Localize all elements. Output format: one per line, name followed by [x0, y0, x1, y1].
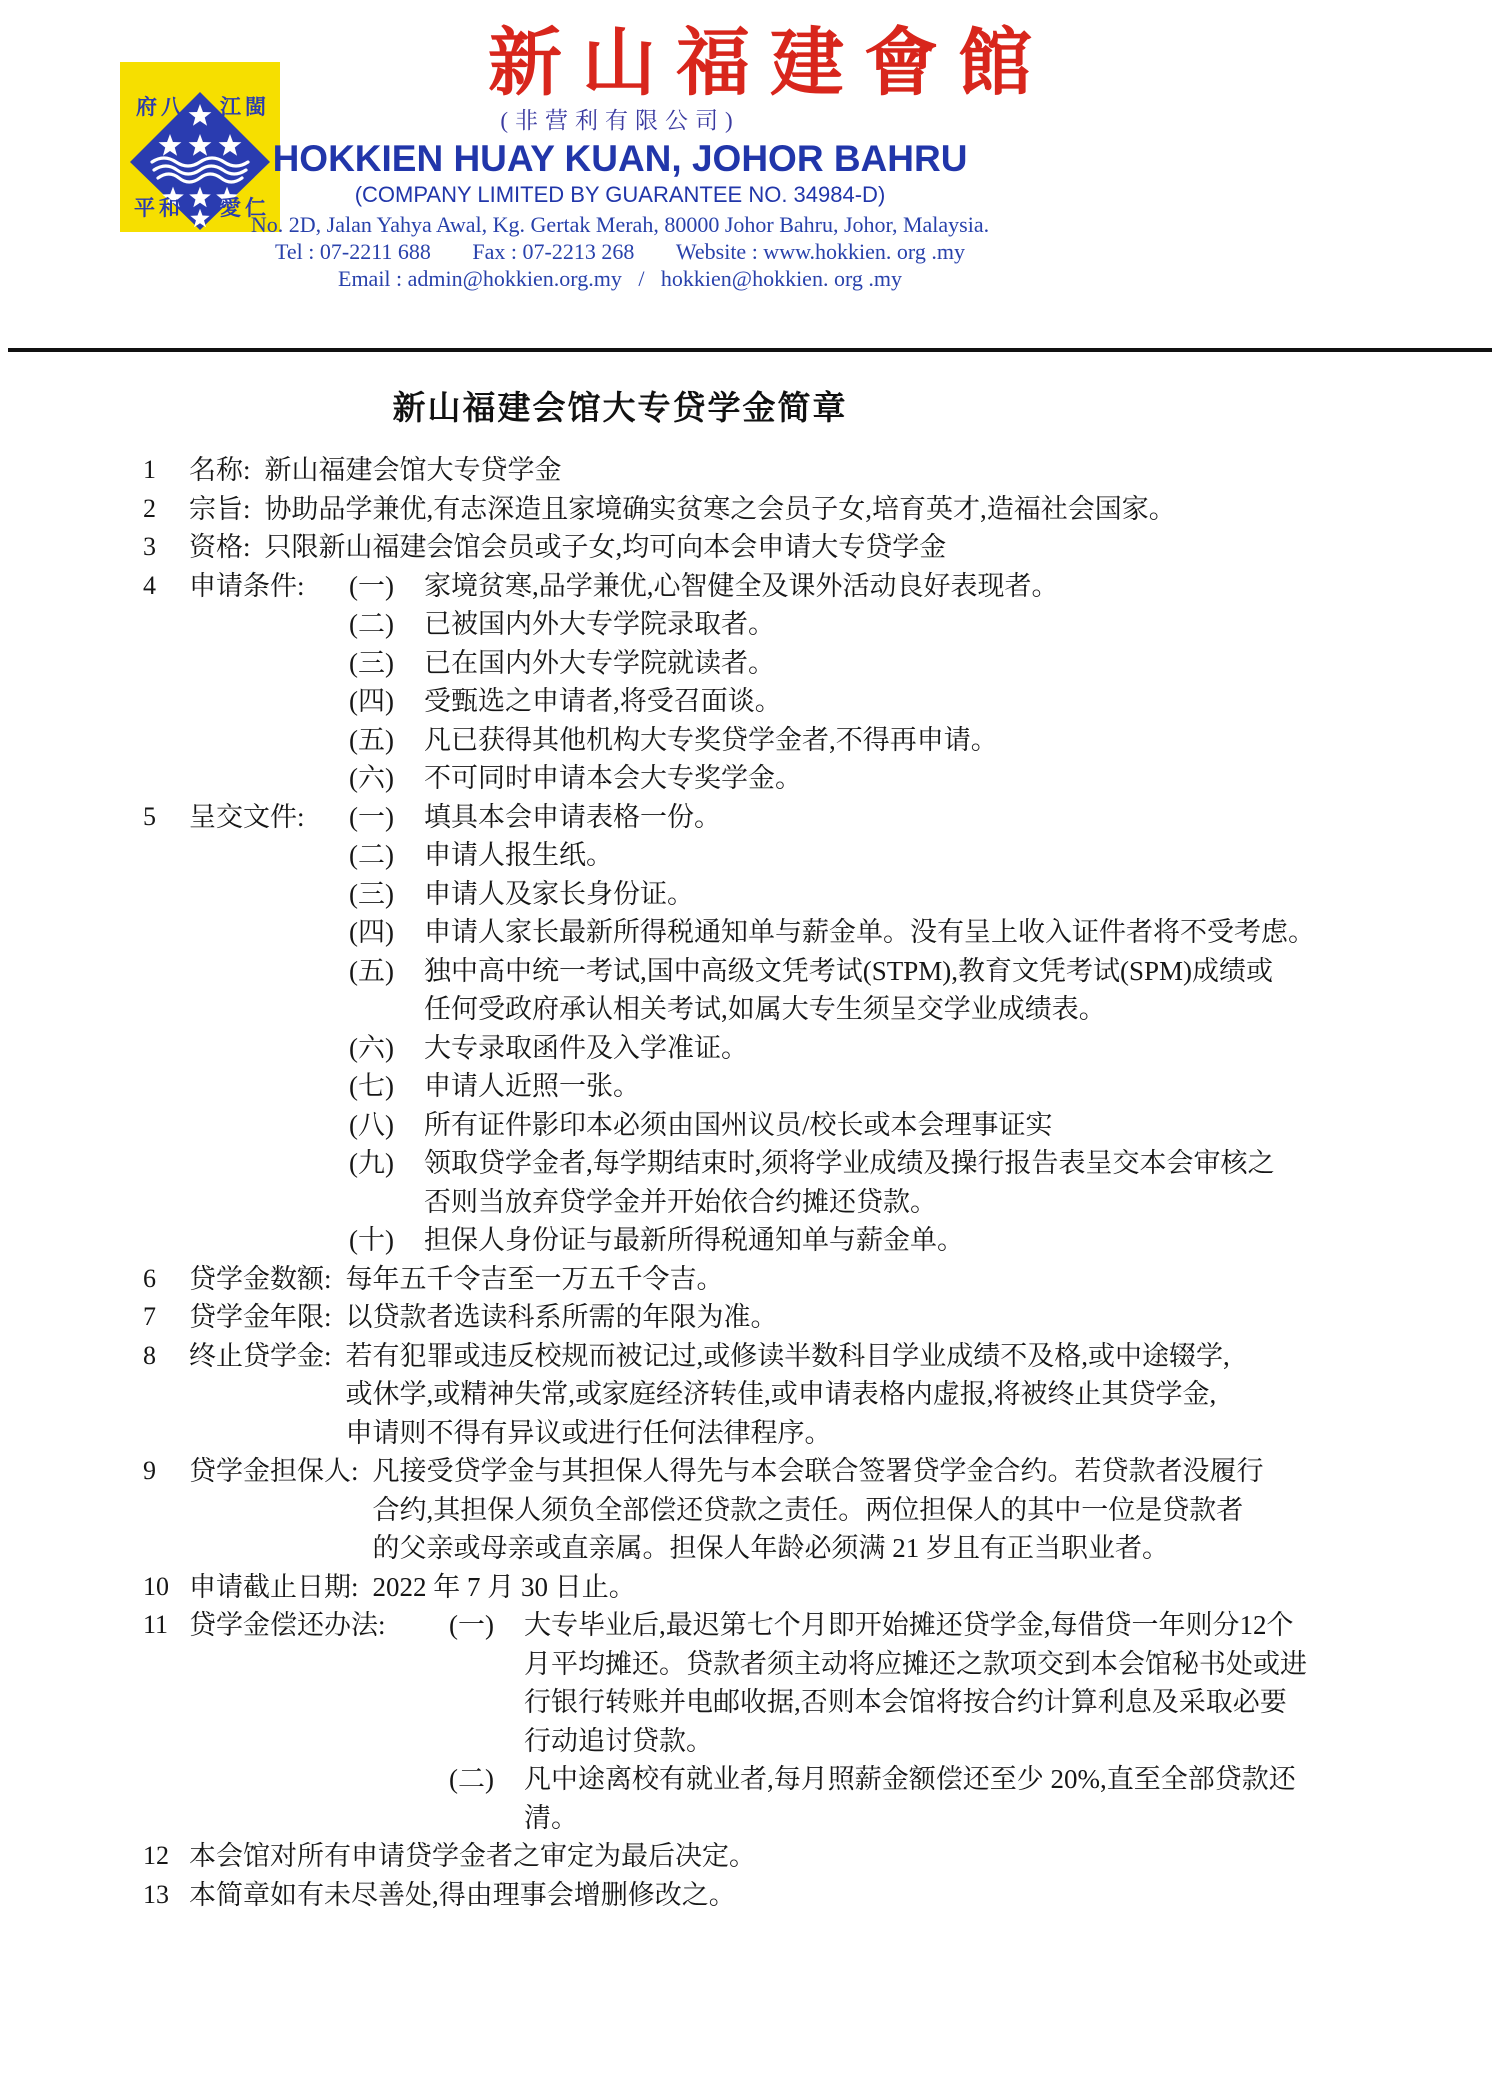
item-label: 宗旨: — [189, 490, 265, 529]
fax-label: Fax : 07-2213 268 — [472, 239, 634, 264]
item-number: 7 — [143, 1298, 189, 1337]
header-divider — [8, 348, 1492, 352]
sub-text: 大专毕业后,最迟第七个月即开始摊还贷学金,每借贷一年则分12个 月平均摊还。贷款… — [524, 1606, 1480, 1760]
email-line: Email : admin@hokkien.org.my / hokkien@h… — [0, 265, 1240, 292]
list-item-8: 8 终止贷学金: 若有犯罪或违反校规而被记过,或修读半数科目学业成绩不及格,或中… — [143, 1337, 1480, 1453]
sub-text: 填具本会申请表格一份。 — [424, 798, 1480, 837]
sub-marker: (五) — [349, 952, 424, 991]
item-number: 1 — [143, 451, 189, 490]
item-text: 协助品学兼优,有志深造且家境确实贫寒之会员子女,培育英才,造福社会国家。 — [265, 490, 1480, 529]
sub-marker: (二) — [349, 836, 424, 875]
sub-text: 领取贷学金者,每学期结束时,须将学业成绩及操行报告表呈交本会审核之 否则当放弃贷… — [424, 1144, 1480, 1221]
sub-item: (四) 申请人家长最新所得税通知单与薪金单。没有呈上收入证件者将不受考虑。 — [349, 913, 1480, 952]
item-number: 8 — [143, 1337, 189, 1376]
item-text: 本简章如有未尽善处,得由理事会增删修改之。 — [189, 1876, 1480, 1915]
list-item-12: 12 本会馆对所有申请贷学金者之审定为最后决定。 — [143, 1837, 1480, 1876]
sub-text: 独中高中统一考试,国中高级文凭考试(STPM),教育文凭考试(SPM)成绩或 任… — [424, 952, 1480, 1029]
item-text: 若有犯罪或违反校规而被记过,或修读半数科目学业成绩不及格,或中途辍学, 或休学,… — [346, 1337, 1480, 1453]
sub-item: (五) 凡已获得其他机构大专奖贷学金者,不得再申请。 — [349, 721, 1480, 760]
sub-list: (一) 家境贫寒,品学兼优,心智健全及课外活动良好表现者。 (二) 已被国内外大… — [349, 567, 1480, 798]
item-label: 贷学金担保人: — [189, 1452, 373, 1491]
list-item-5: 5 呈交文件: (一) 填具本会申请表格一份。 (二) 申请人报生纸。 (三) … — [143, 798, 1480, 1260]
sub-item: (二) 已被国内外大专学院录取者。 — [349, 605, 1480, 644]
sub-item: (十) 担保人身份证与最新所得税通知单与薪金单。 — [349, 1221, 1480, 1260]
sub-marker: (八) — [349, 1106, 424, 1145]
item-number: 10 — [143, 1568, 189, 1607]
sub-item: (一) 家境贫寒,品学兼优,心智健全及课外活动良好表现者。 — [349, 567, 1480, 606]
sub-marker: (九) — [349, 1144, 424, 1183]
address-line: No. 2D, Jalan Yahya Awal, Kg. Gertak Mer… — [0, 211, 1240, 238]
item-text: 2022 年 7 月 30 日止。 — [373, 1568, 1480, 1607]
sub-item: (三) 申请人及家长身份证。 — [349, 875, 1480, 914]
list-item-13: 13 本简章如有未尽善处,得由理事会增删修改之。 — [143, 1876, 1480, 1915]
sub-text: 已被国内外大专学院录取者。 — [424, 605, 1480, 644]
sub-marker: (一) — [449, 1606, 524, 1645]
item-text: 新山福建会馆大专贷学金 — [265, 451, 1480, 490]
sub-marker: (一) — [349, 567, 424, 606]
sub-marker: (六) — [349, 1029, 424, 1068]
list-item-4: 4 申请条件: (一) 家境贫寒,品学兼优,心智健全及课外活动良好表现者。 (二… — [143, 567, 1480, 798]
item-text: 每年五千令吉至一万五千令吉。 — [346, 1260, 1480, 1299]
item-label: 贷学金偿还办法: — [189, 1606, 449, 1645]
sub-text: 申请人及家长身份证。 — [424, 875, 1480, 914]
list-item-7: 7 贷学金年限: 以贷款者选读科系所需的年限为准。 — [143, 1298, 1480, 1337]
item-text: 凡接受贷学金与其担保人得先与本会联合签署贷学金合约。若贷款者没履行 合约,其担保… — [373, 1452, 1480, 1568]
sub-marker: (四) — [349, 682, 424, 721]
nonprofit-note: (非营利有限公司) — [0, 106, 1240, 136]
sub-text: 申请人近照一张。 — [424, 1067, 1480, 1106]
list-item-3: 3 资格: 只限新山福建会馆会员或子女,均可向本会申请大专贷学金 — [143, 528, 1480, 567]
item-number: 3 — [143, 528, 189, 567]
sub-item: (六) 大专录取函件及入学准证。 — [349, 1029, 1480, 1068]
sub-text: 已在国内外大专学院就读者。 — [424, 644, 1480, 683]
item-label: 贷学金数额: — [189, 1260, 346, 1299]
sub-text: 不可同时申请本会大专奖学金。 — [424, 759, 1480, 798]
sub-item: (四) 受甄选之申请者,将受召面谈。 — [349, 682, 1480, 721]
contact-line: Tel : 07-2211 688 Fax : 07-2213 268 Webs… — [0, 238, 1240, 265]
sub-text: 申请人报生纸。 — [424, 836, 1480, 875]
website-label: Website : www.hokkien. org .my — [676, 239, 965, 264]
tel-label: Tel : 07-2211 688 — [275, 239, 431, 264]
letterhead: 府八 江閩 平和 愛仁 新山福建會館 (非营利有限公司) HOKKIEN HUA… — [0, 0, 1500, 352]
letterhead-text: 新山福建會館 (非营利有限公司) HOKKIEN HUAY KUAN, JOHO… — [0, 24, 1240, 292]
org-name-en: HOKKIEN HUAY KUAN, JOHOR BAHRU — [0, 138, 1240, 180]
sub-text: 凡中途离校有就业者,每月照薪金额偿还至少 20%,直至全部贷款还 清。 — [524, 1760, 1480, 1837]
sub-text: 大专录取函件及入学准证。 — [424, 1029, 1480, 1068]
sub-marker: (二) — [349, 605, 424, 644]
item-number: 5 — [143, 798, 189, 837]
document-page: 府八 江閩 平和 愛仁 新山福建會館 (非营利有限公司) HOKKIEN HUA… — [0, 0, 1500, 2095]
sub-marker: (三) — [349, 644, 424, 683]
sub-text: 申请人家长最新所得税通知单与薪金单。没有呈上收入证件者将不受考虑。 — [424, 913, 1480, 952]
item-number: 12 — [143, 1837, 189, 1876]
sub-item: (二) 凡中途离校有就业者,每月照薪金额偿还至少 20%,直至全部贷款还 清。 — [449, 1760, 1480, 1837]
sub-text: 家境贫寒,品学兼优,心智健全及课外活动良好表现者。 — [424, 567, 1480, 606]
sub-list: (一) 填具本会申请表格一份。 (二) 申请人报生纸。 (三) 申请人及家长身份… — [349, 798, 1480, 1260]
sub-marker: (三) — [349, 875, 424, 914]
sub-marker: (七) — [349, 1067, 424, 1106]
sub-item: (五) 独中高中统一考试,国中高级文凭考试(STPM),教育文凭考试(SPM)成… — [349, 952, 1480, 1029]
page-title: 新山福建会馆大专贷学金简章 — [0, 382, 1240, 429]
sub-text: 受甄选之申请者,将受召面谈。 — [424, 682, 1480, 721]
item-text: 只限新山福建会馆会员或子女,均可向本会申请大专贷学金 — [265, 528, 1480, 567]
item-number: 4 — [143, 567, 189, 606]
sub-item: (一) 大专毕业后,最迟第七个月即开始摊还贷学金,每借贷一年则分12个 月平均摊… — [449, 1606, 1480, 1760]
list-item-2: 2 宗旨: 协助品学兼优,有志深造且家境确实贫寒之会员子女,培育英才,造福社会国… — [143, 490, 1480, 529]
sub-item: (八) 所有证件影印本必须由国州议员/校长或本会理事证实 — [349, 1106, 1480, 1145]
item-label: 贷学金年限: — [189, 1298, 346, 1337]
item-label: 呈交文件: — [189, 798, 349, 837]
sub-list: (一) 大专毕业后,最迟第七个月即开始摊还贷学金,每借贷一年则分12个 月平均摊… — [449, 1606, 1480, 1837]
sub-item: (二) 申请人报生纸。 — [349, 836, 1480, 875]
item-number: 6 — [143, 1260, 189, 1299]
item-number: 9 — [143, 1452, 189, 1491]
list-item-11: 11 贷学金偿还办法: (一) 大专毕业后,最迟第七个月即开始摊还贷学金,每借贷… — [143, 1606, 1480, 1837]
item-label: 申请条件: — [189, 567, 349, 606]
list-item-1: 1 名称: 新山福建会馆大专贷学金 — [143, 451, 1480, 490]
terms-list: 1 名称: 新山福建会馆大专贷学金 2 宗旨: 协助品学兼优,有志深造且家境确实… — [0, 451, 1500, 1914]
item-label: 申请截止日期: — [189, 1568, 373, 1607]
sub-marker: (六) — [349, 759, 424, 798]
sub-marker: (十) — [349, 1221, 424, 1260]
list-item-9: 9 贷学金担保人: 凡接受贷学金与其担保人得先与本会联合签署贷学金合约。若贷款者… — [143, 1452, 1480, 1568]
sub-text: 所有证件影印本必须由国州议员/校长或本会理事证实 — [424, 1106, 1480, 1145]
sub-item: (三) 已在国内外大专学院就读者。 — [349, 644, 1480, 683]
item-number: 13 — [143, 1876, 189, 1915]
sub-item: (九) 领取贷学金者,每学期结束时,须将学业成绩及操行报告表呈交本会审核之 否则… — [349, 1144, 1480, 1221]
sub-item: (六) 不可同时申请本会大专奖学金。 — [349, 759, 1480, 798]
calligraphy-title: 新山福建會館 — [488, 24, 1052, 104]
company-registration-note: (COMPANY LIMITED BY GUARANTEE NO. 34984-… — [0, 182, 1240, 208]
item-number: 2 — [143, 490, 189, 529]
item-label: 名称: — [189, 451, 265, 490]
sub-marker: (一) — [349, 798, 424, 837]
item-label: 终止贷学金: — [189, 1337, 346, 1376]
sub-text: 担保人身份证与最新所得税通知单与薪金单。 — [424, 1221, 1480, 1260]
sub-item: (七) 申请人近照一张。 — [349, 1067, 1480, 1106]
sub-marker: (五) — [349, 721, 424, 760]
sub-marker: (二) — [449, 1760, 524, 1799]
item-text: 本会馆对所有申请贷学金者之审定为最后决定。 — [189, 1837, 1480, 1876]
item-number: 11 — [143, 1606, 189, 1645]
item-label: 资格: — [189, 528, 265, 567]
item-text: 以贷款者选读科系所需的年限为准。 — [346, 1298, 1480, 1337]
sub-text: 凡已获得其他机构大专奖贷学金者,不得再申请。 — [424, 721, 1480, 760]
sub-item: (一) 填具本会申请表格一份。 — [349, 798, 1480, 837]
sub-marker: (四) — [349, 913, 424, 952]
list-item-6: 6 贷学金数额: 每年五千令吉至一万五千令吉。 — [143, 1260, 1480, 1299]
list-item-10: 10 申请截止日期: 2022 年 7 月 30 日止。 — [143, 1568, 1480, 1607]
